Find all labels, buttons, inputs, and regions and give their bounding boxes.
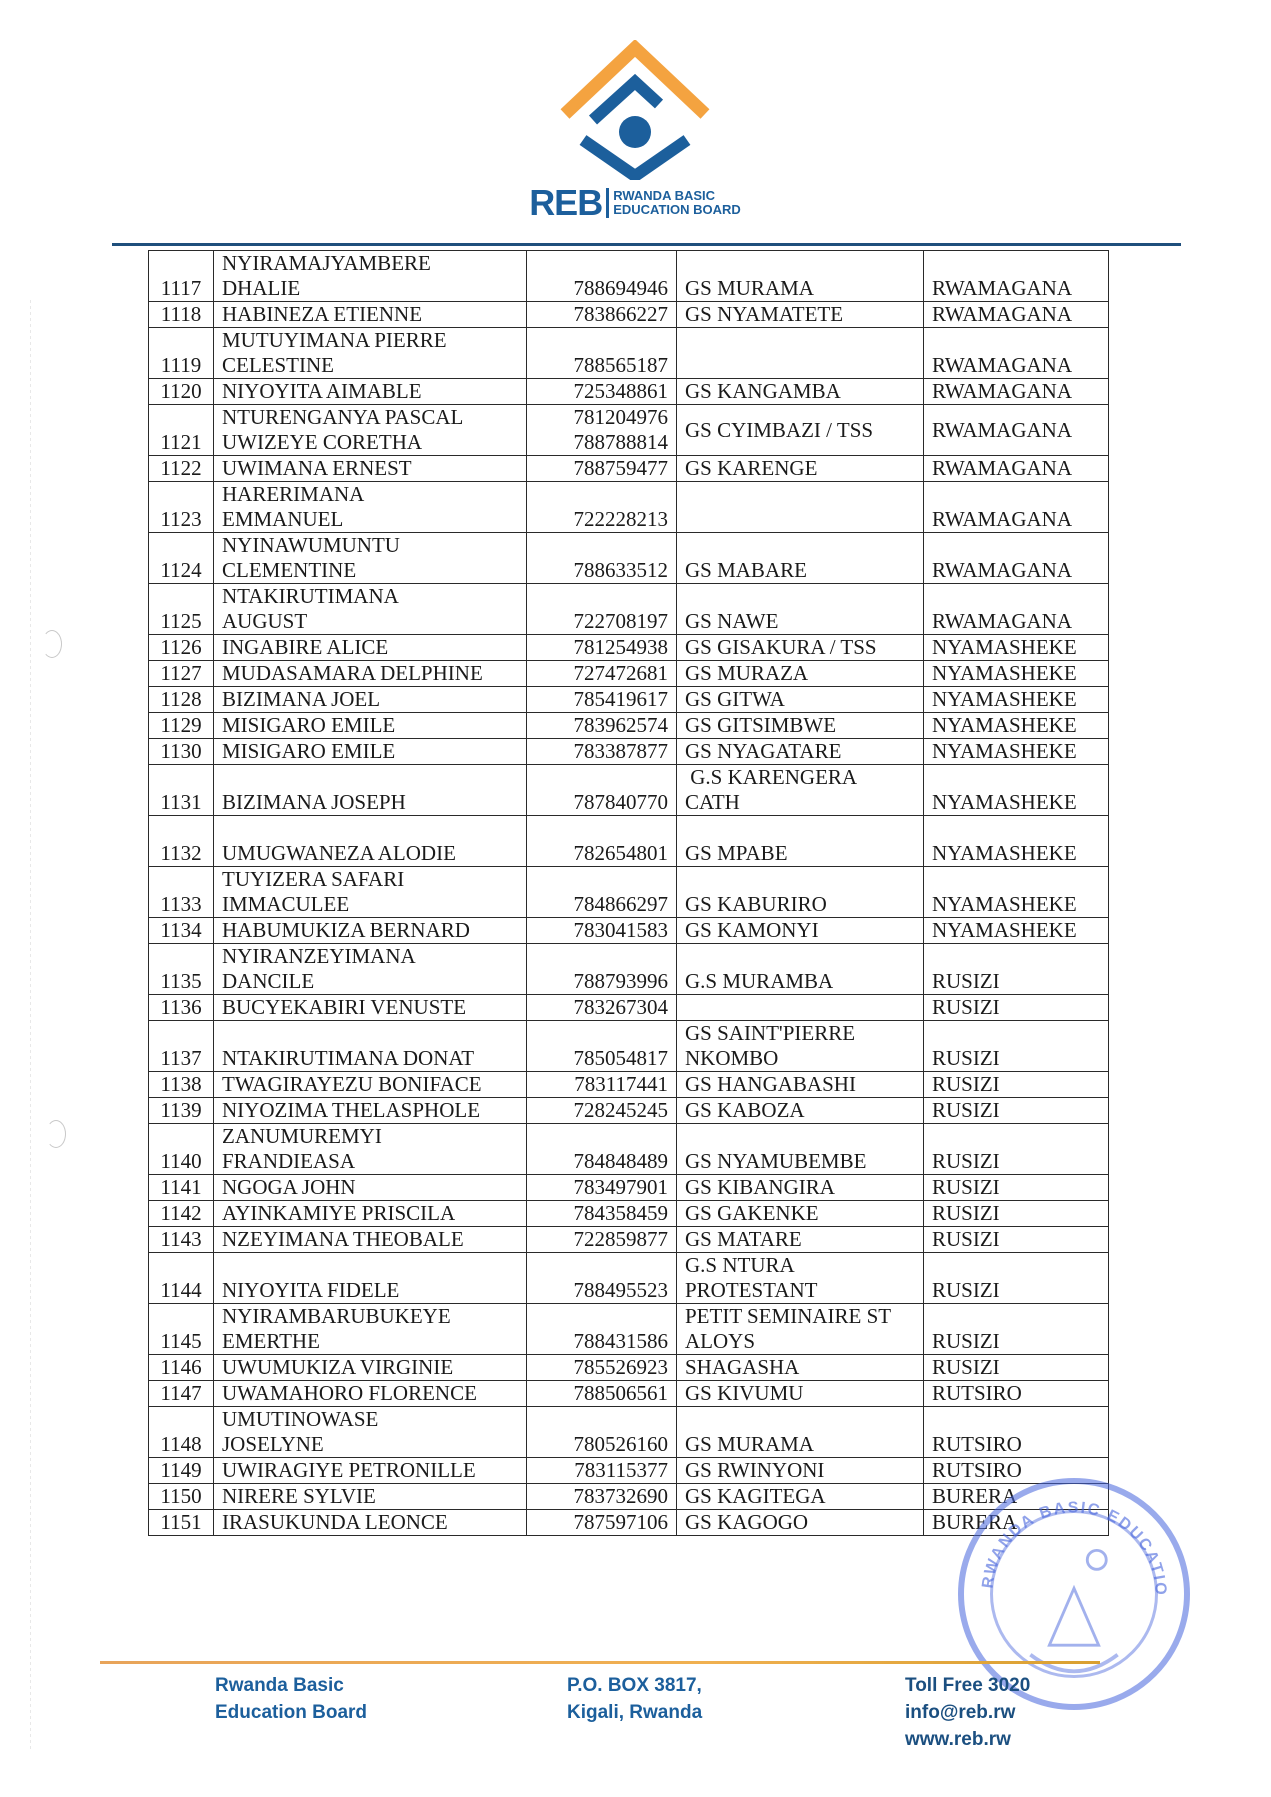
table-row: 1126INGABIRE ALICE781254938GS GISAKURA /… (149, 635, 1109, 661)
phone-number: 783962574 (527, 713, 677, 739)
teacher-name: NZEYIMANA THEOBALE (214, 1227, 527, 1253)
row-number: 1149 (149, 1458, 214, 1484)
district-name: RUSIZI (924, 1227, 1109, 1253)
teacher-name: UMUTINOWASEJOSELYNE (214, 1407, 527, 1458)
teacher-name-line: ZANUMUREMYI (222, 1124, 518, 1149)
table-row: 1144NIYOYITA FIDELE788495523G.S NTURAPRO… (149, 1253, 1109, 1304)
school-name: GS KIBANGIRA (677, 1175, 924, 1201)
phone-number: 725348861 (527, 379, 677, 405)
teacher-name-line: BIZIMANA JOEL (222, 687, 518, 712)
phone-number-line: 725348861 (535, 379, 668, 404)
phone-number-line: 783387877 (535, 739, 668, 764)
teacher-name: BIZIMANA JOEL (214, 687, 527, 713)
district-name: RUSIZI (924, 944, 1109, 995)
footer-toll-free: Toll Free 3020 (905, 1672, 1030, 1699)
phone-number-line: 722228213 (535, 507, 668, 532)
phone-number-line: 784866297 (535, 892, 668, 917)
phone-number-line: 788565187 (535, 353, 668, 378)
table-row: 1132UMUGWANEZA ALODIE782654801GS MPABENY… (149, 816, 1109, 867)
teacher-name: UWIRAGIYE PETRONILLE (214, 1458, 527, 1484)
row-number: 1126 (149, 635, 214, 661)
phone-number-line: 783497901 (535, 1175, 668, 1200)
logo-divider (606, 188, 609, 218)
district-name: RUSIZI (924, 1124, 1109, 1175)
school-name-line: GS KAGOGO (685, 1510, 915, 1535)
teacher-name: NYIRAMBARUBUKEYEEMERTHE (214, 1304, 527, 1355)
school-name: GS NAWE (677, 584, 924, 635)
school-name: GS KANGAMBA (677, 379, 924, 405)
school-name (677, 328, 924, 379)
row-number: 1131 (149, 765, 214, 816)
teacher-name: UWAMAHORO FLORENCE (214, 1381, 527, 1407)
school-name: GS KARENGE (677, 456, 924, 482)
phone-number: 781254938 (527, 635, 677, 661)
phone-number-line: 783866227 (535, 302, 668, 327)
phone-number: 783866227 (527, 302, 677, 328)
table-row: 1124NYINAWUMUNTUCLEMENTINE788633512GS MA… (149, 533, 1109, 584)
teacher-name-line: IMMACULEE (222, 892, 518, 917)
row-number: 1119 (149, 328, 214, 379)
district-name: RWAMAGANA (924, 302, 1109, 328)
school-name-line: GS KIBANGIRA (685, 1175, 915, 1200)
phone-number-line: 722859877 (535, 1227, 668, 1252)
teacher-name: TWAGIRAYEZU BONIFACE (214, 1072, 527, 1098)
footer-org-line1: Rwanda Basic (215, 1672, 367, 1699)
table-row: 1130MISIGARO EMILE783387877GS NYAGATAREN… (149, 739, 1109, 765)
school-name-line: GS KAGITEGA (685, 1484, 915, 1509)
teacher-name-line: UWAMAHORO FLORENCE (222, 1381, 518, 1406)
phone-number-line: 788759477 (535, 456, 668, 481)
phone-number-line: 788495523 (535, 1278, 668, 1303)
row-number: 1130 (149, 739, 214, 765)
teacher-name-line: FRANDIEASA (222, 1149, 518, 1174)
district-name: RUSIZI (924, 1253, 1109, 1304)
table-row: 1141NGOGA JOHN783497901GS KIBANGIRARUSIZ… (149, 1175, 1109, 1201)
school-name: GS RWINYONI (677, 1458, 924, 1484)
phone-number-line: 788788814 (535, 430, 668, 455)
teacher-name-line: NTAKIRUTIMANA (222, 584, 518, 609)
punch-hole-mark (46, 1120, 66, 1148)
teacher-name-line: NIRERE SYLVIE (222, 1484, 518, 1509)
phone-number-line: 788694946 (535, 276, 668, 301)
district-name: NYAMASHEKE (924, 713, 1109, 739)
teacher-name-line: NIYOYITA FIDELE (222, 1278, 518, 1303)
teacher-name: NIYOYITA FIDELE (214, 1253, 527, 1304)
phone-number-line: 785419617 (535, 687, 668, 712)
logo-line1: RWANDA BASIC (613, 188, 715, 203)
school-name-line: GS MABARE (685, 558, 915, 583)
teacher-name-line: MUDASAMARA DELPHINE (222, 661, 518, 686)
table-row: 1138TWAGIRAYEZU BONIFACE783117441GS HANG… (149, 1072, 1109, 1098)
phone-number-line: 784848489 (535, 1149, 668, 1174)
phone-number-line: 788633512 (535, 558, 668, 583)
table-row: 1142AYINKAMIYE PRISCILA784358459GS GAKEN… (149, 1201, 1109, 1227)
school-name-line: GS NYAMATETE (685, 302, 915, 327)
phone-number: 783117441 (527, 1072, 677, 1098)
phone-number-line: 784358459 (535, 1201, 668, 1226)
school-name: GS KABOZA (677, 1098, 924, 1124)
phone-number: 785526923 (527, 1355, 677, 1381)
school-name: GS KABURIRO (677, 867, 924, 918)
row-number: 1129 (149, 713, 214, 739)
footer-rule (100, 1661, 1100, 1664)
row-number: 1141 (149, 1175, 214, 1201)
phone-number-line: 728245245 (535, 1098, 668, 1123)
phone-number: 784866297 (527, 867, 677, 918)
table-row: 1139NIYOZIMA THELASPHOLE728245245GS KABO… (149, 1098, 1109, 1124)
phone-number: 788694946 (527, 251, 677, 302)
table-row: 1145NYIRAMBARUBUKEYEEMERTHE788431586PETI… (149, 1304, 1109, 1355)
logo-fullname: RWANDA BASIC EDUCATION BOARD (613, 189, 741, 217)
school-name-line: G.S NTURA (685, 1253, 915, 1278)
row-number: 1136 (149, 995, 214, 1021)
phone-number-line: 783117441 (535, 1072, 668, 1097)
table-row: 1134HABUMUKIZA BERNARD783041583GS KAMONY… (149, 918, 1109, 944)
school-name-line: GS NYAGATARE (685, 739, 915, 764)
district-name: RUSIZI (924, 995, 1109, 1021)
footer-address-line1: P.O. BOX 3817, (567, 1672, 702, 1699)
school-name: GS KAGITEGA (677, 1484, 924, 1510)
table-row: 1122UWIMANA ERNEST788759477GS KARENGERWA… (149, 456, 1109, 482)
phone-number-line: 722708197 (535, 609, 668, 634)
row-number: 1132 (149, 816, 214, 867)
row-number: 1135 (149, 944, 214, 995)
teacher-name: NYIRAMAJYAMBEREDHALIE (214, 251, 527, 302)
teacher-name-line: NZEYIMANA THEOBALE (222, 1227, 518, 1252)
school-name-line: GS HANGABASHI (685, 1072, 915, 1097)
teacher-name: HABUMUKIZA BERNARD (214, 918, 527, 944)
row-number: 1133 (149, 867, 214, 918)
phone-number: 788793996 (527, 944, 677, 995)
teacher-name: MUDASAMARA DELPHINE (214, 661, 527, 687)
table-row: 1121NTURENGANYA PASCALUWIZEYE CORETHA781… (149, 405, 1109, 456)
school-name-line: GS GAKENKE (685, 1201, 915, 1226)
phone-number: 787840770 (527, 765, 677, 816)
school-name: G.S MURAMBA (677, 944, 924, 995)
row-number: 1117 (149, 251, 214, 302)
phone-number: 787597106 (527, 1510, 677, 1536)
district-name: NYAMASHEKE (924, 867, 1109, 918)
phone-number-line: 781254938 (535, 635, 668, 660)
district-name: RUSIZI (924, 1175, 1109, 1201)
phone-number-line: 780526160 (535, 1432, 668, 1457)
teacher-name-line: UWIMANA ERNEST (222, 456, 518, 481)
footer-org-line2: Education Board (215, 1699, 367, 1726)
school-name (677, 482, 924, 533)
school-name: GS GITSIMBWE (677, 713, 924, 739)
district-name: NYAMASHEKE (924, 739, 1109, 765)
teacher-name-line: NIYOYITA AIMABLE (222, 379, 518, 404)
teacher-name: BIZIMANA JOSEPH (214, 765, 527, 816)
district-name: RWAMAGANA (924, 405, 1109, 456)
teacher-name-line: CLEMENTINE (222, 558, 518, 583)
school-name: GS MURAZA (677, 661, 924, 687)
teacher-name-line: NYIRANZEYIMANA (222, 944, 518, 969)
school-name-line: G.S KARENGERA (685, 765, 915, 790)
school-name: GS NYAMATETE (677, 302, 924, 328)
phone-number-line: 783041583 (535, 918, 668, 943)
row-number: 1145 (149, 1304, 214, 1355)
phone-number: 783387877 (527, 739, 677, 765)
school-name-line: GS GISAKURA / TSS (685, 635, 915, 660)
teacher-name-line: HARERIMANA (222, 482, 518, 507)
phone-number: 788633512 (527, 533, 677, 584)
row-number: 1151 (149, 1510, 214, 1536)
footer-address-line2: Kigali, Rwanda (567, 1699, 702, 1726)
row-number: 1137 (149, 1021, 214, 1072)
table-row: 1123HARERIMANAEMMANUEL722228213RWAMAGANA (149, 482, 1109, 533)
teacher-name-line: UMUTINOWASE (222, 1407, 518, 1432)
phone-number-line: 788431586 (535, 1329, 668, 1354)
school-name: GS KIVUMU (677, 1381, 924, 1407)
teacher-name-line (222, 1253, 518, 1278)
phone-number: 782654801 (527, 816, 677, 867)
school-name: GS SAINT'PIERRENKOMBO (677, 1021, 924, 1072)
teacher-name: INGABIRE ALICE (214, 635, 527, 661)
school-name: GS MURAMA (677, 1407, 924, 1458)
teacher-name-line: UWUMUKIZA VIRGINIE (222, 1355, 518, 1380)
teacher-name-line: UMUGWANEZA ALODIE (222, 841, 518, 866)
row-number: 1122 (149, 456, 214, 482)
teacher-name-line: MUTUYIMANA PIERRE (222, 328, 518, 353)
phone-number-line: 727472681 (535, 661, 668, 686)
phone-number: 722708197 (527, 584, 677, 635)
district-name: RUTSIRO (924, 1407, 1109, 1458)
row-number: 1120 (149, 379, 214, 405)
teacher-name-line: CELESTINE (222, 353, 518, 378)
phone-number: 783115377 (527, 1458, 677, 1484)
scan-margin-line (30, 300, 31, 1750)
district-name: RUSIZI (924, 1355, 1109, 1381)
phone-number-line: 783732690 (535, 1484, 668, 1509)
teacher-name: UWIMANA ERNEST (214, 456, 527, 482)
phone-number-line: 783962574 (535, 713, 668, 738)
teacher-name-line (222, 1021, 518, 1046)
footer-website-link[interactable]: www.reb.rw (905, 1726, 1030, 1753)
school-name-line: GS KARENGE (685, 456, 915, 481)
table-row: 1137NTAKIRUTIMANA DONAT785054817GS SAINT… (149, 1021, 1109, 1072)
school-name: G.S KARENGERACATH (677, 765, 924, 816)
phone-number: 728245245 (527, 1098, 677, 1124)
row-number: 1142 (149, 1201, 214, 1227)
footer-organization: Rwanda Basic Education Board (215, 1672, 367, 1726)
row-number: 1148 (149, 1407, 214, 1458)
district-name: NYAMASHEKE (924, 918, 1109, 944)
school-name-line: GS NYAMUBEMBE (685, 1149, 915, 1174)
table-row: 1140ZANUMUREMYIFRANDIEASA784848489GS NYA… (149, 1124, 1109, 1175)
phone-number: 780526160 (527, 1407, 677, 1458)
phone-number: 783267304 (527, 995, 677, 1021)
school-name-line: GS GITSIMBWE (685, 713, 915, 738)
teacher-name: ZANUMUREMYIFRANDIEASA (214, 1124, 527, 1175)
phone-number: 781204976788788814 (527, 405, 677, 456)
phone-number-line: 788793996 (535, 969, 668, 994)
phone-number: 788759477 (527, 456, 677, 482)
phone-number-line: 781204976 (535, 405, 668, 430)
district-name: RUSIZI (924, 1201, 1109, 1227)
school-name-line: GS MURAMA (685, 276, 915, 301)
school-name-line: GS KABURIRO (685, 892, 915, 917)
district-name: RUSIZI (924, 1098, 1109, 1124)
teacher-name-line: NTURENGANYA PASCAL (222, 405, 518, 430)
teacher-name: NYIRANZEYIMANADANCILE (214, 944, 527, 995)
row-number: 1138 (149, 1072, 214, 1098)
teacher-name-line: UWIRAGIYE PETRONILLE (222, 1458, 518, 1483)
phone-number-line: 785526923 (535, 1355, 668, 1380)
teacher-name-line: NIYOZIMA THELASPHOLE (222, 1098, 518, 1123)
teacher-name: NYINAWUMUNTUCLEMENTINE (214, 533, 527, 584)
row-number: 1146 (149, 1355, 214, 1381)
phone-number: 784848489 (527, 1124, 677, 1175)
district-name: NYAMASHEKE (924, 661, 1109, 687)
row-number: 1128 (149, 687, 214, 713)
table-row: 1125NTAKIRUTIMANAAUGUST722708197GS NAWER… (149, 584, 1109, 635)
teacher-name: UWUMUKIZA VIRGINIE (214, 1355, 527, 1381)
school-name-line: GS MPABE (685, 841, 915, 866)
footer-contact: Toll Free 3020 info@reb.rw www.reb.rw (905, 1672, 1030, 1753)
table-row: 1133TUYIZERA SAFARIIMMACULEE784866297GS … (149, 867, 1109, 918)
school-name: GS MPABE (677, 816, 924, 867)
school-name-line: CATH (685, 790, 915, 815)
teacher-name-line: DHALIE (222, 276, 518, 301)
table-row: 1131BIZIMANA JOSEPH787840770 G.S KARENGE… (149, 765, 1109, 816)
teacher-name-line: EMERTHE (222, 1329, 518, 1354)
district-name: RUSIZI (924, 1021, 1109, 1072)
phone-number: 784358459 (527, 1201, 677, 1227)
teacher-name-line: INGABIRE ALICE (222, 635, 518, 660)
school-name: SHAGASHA (677, 1355, 924, 1381)
school-name-line: G.S MURAMBA (685, 969, 915, 994)
teacher-name-line: MISIGARO EMILE (222, 713, 518, 738)
district-name: RUTSIRO (924, 1381, 1109, 1407)
table-row: 1136BUCYEKABIRI VENUSTE783267304RUSIZI (149, 995, 1109, 1021)
teacher-name: NIRERE SYLVIE (214, 1484, 527, 1510)
row-number: 1150 (149, 1484, 214, 1510)
school-name: GS KAGOGO (677, 1510, 924, 1536)
phone-number: 783041583 (527, 918, 677, 944)
district-name: RWAMAGANA (924, 379, 1109, 405)
school-name: GS KAMONYI (677, 918, 924, 944)
phone-number: 722228213 (527, 482, 677, 533)
teacher-name-line: EMMANUEL (222, 507, 518, 532)
school-name-line: PROTESTANT (685, 1278, 915, 1303)
row-number: 1121 (149, 405, 214, 456)
teacher-name: UMUGWANEZA ALODIE (214, 816, 527, 867)
teacher-name-line: BUCYEKABIRI VENUSTE (222, 995, 518, 1020)
phone-number-line: 782654801 (535, 841, 668, 866)
district-name: RWAMAGANA (924, 251, 1109, 302)
school-name-line: GS KANGAMBA (685, 379, 915, 404)
school-name: GS MATARE (677, 1227, 924, 1253)
teacher-name: BUCYEKABIRI VENUSTE (214, 995, 527, 1021)
school-name: GS NYAGATARE (677, 739, 924, 765)
table-row: 1147UWAMAHORO FLORENCE788506561GS KIVUMU… (149, 1381, 1109, 1407)
district-name: RWAMAGANA (924, 533, 1109, 584)
teacher-name-line: BIZIMANA JOSEPH (222, 790, 518, 815)
table-row: 1149UWIRAGIYE PETRONILLE783115377GS RWIN… (149, 1458, 1109, 1484)
reb-logo: REB RWANDA BASIC EDUCATION BOARD (505, 40, 765, 220)
phone-number: 783497901 (527, 1175, 677, 1201)
teacher-name: NGOGA JOHN (214, 1175, 527, 1201)
teacher-name-line: AUGUST (222, 609, 518, 634)
school-name-line: GS MATARE (685, 1227, 915, 1252)
row-number: 1127 (149, 661, 214, 687)
teacher-name-line: MISIGARO EMILE (222, 739, 518, 764)
school-name-line: NKOMBO (685, 1046, 915, 1071)
row-number: 1118 (149, 302, 214, 328)
district-name: RWAMAGANA (924, 482, 1109, 533)
stamp-inner-ring (990, 1510, 1158, 1678)
row-number: 1147 (149, 1381, 214, 1407)
phone-number: 785419617 (527, 687, 677, 713)
school-name-line: GS MURAZA (685, 661, 915, 686)
row-number: 1140 (149, 1124, 214, 1175)
footer-address: P.O. BOX 3817, Kigali, Rwanda (567, 1672, 702, 1726)
phone-number: 788431586 (527, 1304, 677, 1355)
row-number: 1125 (149, 584, 214, 635)
teacher-name-line (222, 816, 518, 841)
teacher-name: HARERIMANAEMMANUEL (214, 482, 527, 533)
teacher-name: NIYOZIMA THELASPHOLE (214, 1098, 527, 1124)
teacher-name-line (222, 765, 518, 790)
school-name: GS GAKENKE (677, 1201, 924, 1227)
school-name: GS HANGABASHI (677, 1072, 924, 1098)
school-name-line: GS GITWA (685, 687, 915, 712)
district-name: NYAMASHEKE (924, 816, 1109, 867)
phone-number-line: 787840770 (535, 790, 668, 815)
table-row: 1118HABINEZA ETIENNE783866227GS NYAMATET… (149, 302, 1109, 328)
teacher-roster-table: 1117NYIRAMAJYAMBEREDHALIE788694946GS MUR… (148, 250, 1109, 1536)
teacher-name-line: TWAGIRAYEZU BONIFACE (222, 1072, 518, 1097)
row-number: 1123 (149, 482, 214, 533)
phone-number-line: 785054817 (535, 1046, 668, 1071)
teacher-name: MISIGARO EMILE (214, 713, 527, 739)
phone-number: 727472681 (527, 661, 677, 687)
phone-number: 788565187 (527, 328, 677, 379)
district-name: RUSIZI (924, 1072, 1109, 1098)
district-name: NYAMASHEKE (924, 687, 1109, 713)
teacher-name-line: NYIRAMAJYAMBERE (222, 251, 518, 276)
phone-number: 785054817 (527, 1021, 677, 1072)
school-name-line: GS NAWE (685, 609, 915, 634)
teacher-name: AYINKAMIYE PRISCILA (214, 1201, 527, 1227)
footer-email-link[interactable]: info@reb.rw (905, 1699, 1030, 1726)
school-name-line: SHAGASHA (685, 1355, 915, 1380)
school-name: GS MABARE (677, 533, 924, 584)
school-name: G.S NTURAPROTESTANT (677, 1253, 924, 1304)
teacher-name-line: NYINAWUMUNTU (222, 533, 518, 558)
table-row: 1119MUTUYIMANA PIERRECELESTINE788565187R… (149, 328, 1109, 379)
school-name: GS MURAMA (677, 251, 924, 302)
table-row: 1143NZEYIMANA THEOBALE722859877GS MATARE… (149, 1227, 1109, 1253)
district-name: RWAMAGANA (924, 584, 1109, 635)
phone-number-line: 788506561 (535, 1381, 668, 1406)
teacher-name: MUTUYIMANA PIERRECELESTINE (214, 328, 527, 379)
school-name-line: GS CYIMBAZI / TSS (685, 418, 915, 443)
school-name: GS CYIMBAZI / TSS (677, 405, 924, 456)
teacher-name: MISIGARO EMILE (214, 739, 527, 765)
teacher-name: NIYOYITA AIMABLE (214, 379, 527, 405)
school-name-line: PETIT SEMINAIRE ST (685, 1304, 915, 1329)
teacher-name-line: NYIRAMBARUBUKEYE (222, 1304, 518, 1329)
reb-wordmark: REB RWANDA BASIC EDUCATION BOARD (505, 185, 765, 221)
school-name (677, 995, 924, 1021)
table-row: 1128BIZIMANA JOEL785419617GS GITWANYAMAS… (149, 687, 1109, 713)
teacher-name-line: IRASUKUNDA LEONCE (222, 1510, 518, 1535)
school-name: PETIT SEMINAIRE STALOYS (677, 1304, 924, 1355)
district-name: NYAMASHEKE (924, 765, 1109, 816)
row-number: 1144 (149, 1253, 214, 1304)
